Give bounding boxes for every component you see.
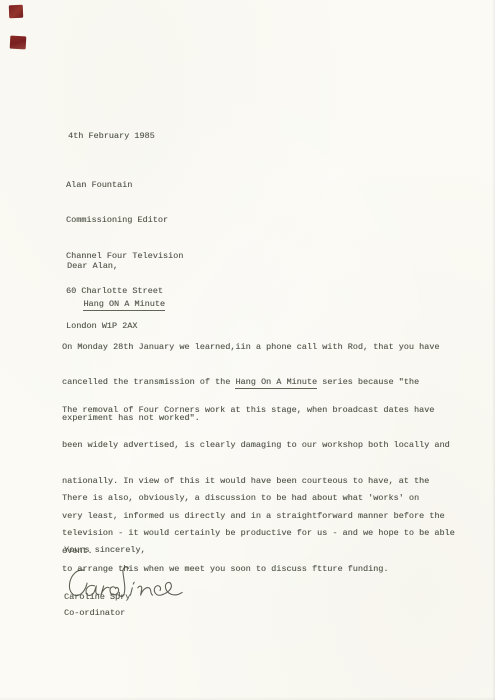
paragraph-3-line: There is also, obviously, a discussion t…	[62, 491, 455, 506]
recipient-job-title: Commissioning Editor	[66, 213, 183, 228]
letter-date: 4th February 1985	[68, 131, 155, 141]
red-ink-mark-icon	[9, 5, 23, 18]
subject-line: Hang ON A Minute	[63, 289, 165, 319]
closing: Yours sincerely,	[64, 545, 146, 555]
subject-text: Hang ON A Minute	[83, 299, 165, 311]
paragraph-1-line-1: On Monday 28th January we learned,iin a …	[62, 340, 439, 355]
salutation: Dear Alan,	[67, 261, 118, 271]
red-ink-mark-icon	[10, 36, 27, 50]
recipient-name: Alan Fountain	[66, 178, 183, 193]
signer-name: Caroline Spry	[64, 592, 130, 602]
signer-title: Co-ordinator	[64, 608, 125, 618]
paragraph-3-line: television - it would certainly be produ…	[62, 526, 455, 541]
paragraph-2-line: The removal of Four Corners work at this…	[62, 403, 450, 418]
paragraph-2-line: been widely advertised, is clearly damag…	[62, 438, 450, 453]
letter-page: 4th February 1985 Alan Fountain Commissi…	[0, 0, 495, 700]
